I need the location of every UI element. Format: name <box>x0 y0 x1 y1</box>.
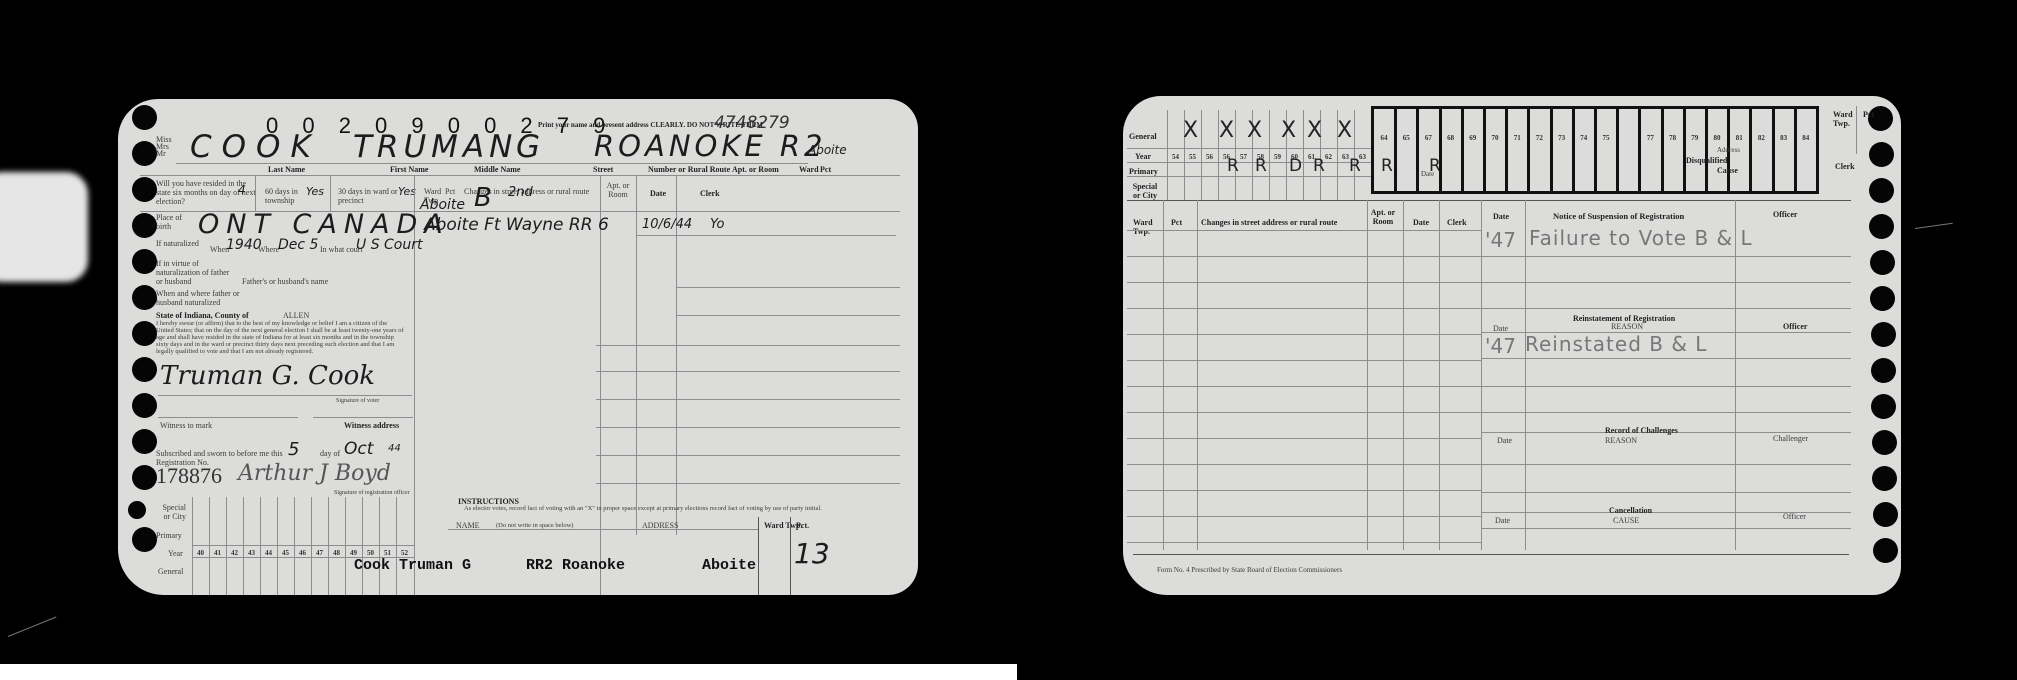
divider <box>1127 200 1851 201</box>
year-cell: 64 <box>1374 134 1394 142</box>
punch-hole <box>132 393 157 418</box>
divider <box>1197 200 1198 550</box>
witness-address-label: Witness address <box>344 421 399 430</box>
year-cell: 71 <box>1507 134 1527 142</box>
row-line <box>1481 358 1851 359</box>
divider <box>192 497 193 595</box>
typed-ward: Aboite <box>702 557 756 574</box>
row-line <box>1127 334 1481 335</box>
year-cell: 70 <box>1485 134 1505 142</box>
change-number-value: 2nd <box>508 185 533 200</box>
row-line <box>1127 386 1481 387</box>
primary-row-label: Primary <box>1129 167 1158 176</box>
reinstatement-date-label: Date <box>1493 324 1508 333</box>
naturalized-label: If naturalized <box>156 239 206 248</box>
grid-column <box>1794 109 1797 191</box>
divider <box>330 175 331 211</box>
row-line <box>1127 412 1481 413</box>
divider <box>1403 200 1404 550</box>
instructions-text: As elector votes, record fact of voting … <box>464 505 854 512</box>
year-cell: 50 <box>362 549 379 557</box>
divider <box>345 497 346 595</box>
row-line <box>1481 282 1851 283</box>
year-cell: 72 <box>1529 134 1549 142</box>
year-cell: 45 <box>277 549 294 557</box>
change-pct-value: B <box>474 183 492 213</box>
grid-column <box>1705 109 1708 191</box>
row-line <box>1127 360 1481 361</box>
grid-column <box>1505 109 1508 191</box>
suspension-reason-value: Failure to Vote B & L <box>1529 226 1753 250</box>
divider <box>790 517 791 595</box>
middle-name-label: Middle Name <box>474 165 520 174</box>
salutation-mr: Mr <box>156 149 166 158</box>
address-grid-label: Address <box>1717 146 1740 155</box>
date-label: Date <box>650 189 666 198</box>
date-grid-label: Date <box>1421 170 1434 179</box>
challenges-date-label: Date <box>1497 436 1512 445</box>
punch-hole <box>1872 430 1897 455</box>
typed-name: Cook Truman G <box>354 557 471 574</box>
divider <box>1127 162 1371 163</box>
year-cell: 59 <box>1269 153 1286 161</box>
primary-vote-mark: R <box>1313 156 1325 176</box>
divider <box>596 483 900 484</box>
year-cell: 51 <box>379 549 396 557</box>
punch-hole <box>128 501 146 519</box>
row-line <box>1481 256 1851 257</box>
registration-card-back: General Year Primary Special or City 545… <box>1123 96 1901 595</box>
naturalized-court-value: U S Court <box>356 237 423 253</box>
punch-hole <box>132 105 157 130</box>
registration-card-front: 0 0 2 0 9 0 0 2 7 9 Print your name and … <box>118 99 918 595</box>
punch-hole <box>132 429 157 454</box>
divider <box>255 175 256 211</box>
punch-hole <box>1869 142 1894 167</box>
punch-hole <box>132 527 157 552</box>
divider <box>596 455 900 456</box>
changes-clerk-label: Clerk <box>1447 218 1467 227</box>
pct-label-2: Pct <box>445 187 455 196</box>
officer-signature: Arthur J Boyd <box>238 461 391 486</box>
year-cell: 47 <box>311 549 328 557</box>
first-name-label: First Name <box>390 165 428 174</box>
registration-number: 178876 <box>156 465 222 487</box>
year-cell: 44 <box>260 549 277 557</box>
last-name-value: COOK <box>190 129 321 165</box>
year-label: Year <box>168 549 183 558</box>
row-line <box>1481 492 1851 493</box>
divider <box>596 345 900 346</box>
reinstatement-date-value: '47 <box>1485 334 1516 358</box>
punch-hole <box>132 285 157 310</box>
grid-column <box>1572 109 1575 191</box>
year-cell: 65 <box>1396 134 1416 142</box>
year-cell: 42 <box>226 549 243 557</box>
general-vote-mark: X <box>1337 118 1352 143</box>
apt-room-label: Apt. or Room <box>732 165 779 174</box>
oath-text: I hereby swear (or affirm) that to the b… <box>156 320 406 355</box>
row-line <box>1127 464 1481 465</box>
middle-name-value: G <box>516 129 550 165</box>
divider <box>140 175 900 176</box>
row-line <box>1127 542 1481 543</box>
year-cell: 77 <box>1640 134 1660 142</box>
sixty-days-value: Yes <box>306 185 324 198</box>
state-county-label: State of Indiana, County of <box>156 311 249 320</box>
changes-apt-label: Apt. or Room <box>1369 208 1397 226</box>
resided-value: 4 <box>238 183 246 197</box>
challenger-label: Challenger <box>1773 434 1808 443</box>
grid-column <box>1616 109 1619 191</box>
divider <box>600 175 601 595</box>
grid-column <box>1683 109 1686 191</box>
pct-label: Pct <box>820 165 831 174</box>
special-row-label: Special or City <box>1131 182 1159 200</box>
signature-voter-label: Signature of voter <box>336 397 379 406</box>
apt-small-label: Apt. or Room <box>606 181 630 199</box>
reinstatement-reason-value: Reinstated B & L <box>1525 332 1707 356</box>
grid-column <box>1661 109 1664 191</box>
year-cell: 56 <box>1201 153 1218 161</box>
divider <box>226 497 227 595</box>
divider <box>1133 554 1849 555</box>
divider <box>158 417 298 418</box>
divider <box>379 497 380 595</box>
change-address-value: Aboite Ft Wayne RR 6 <box>424 215 609 235</box>
suspension-officer-label: Officer <box>1773 210 1797 219</box>
ward-twp-label: Ward Twp. <box>1833 110 1857 128</box>
thirty-days-label: 30 days in ward or precinct <box>338 187 398 205</box>
row-line <box>1481 528 1851 529</box>
subscribed-label: Subscribed and sworn to before me this <box>156 449 283 458</box>
father-husband-name-label: Father's or husband's name <box>242 277 328 286</box>
punch-hole <box>1870 250 1895 275</box>
cancellation-title: Cancellation <box>1609 506 1652 515</box>
suspension-title: Notice of Suspension of Registration <box>1553 212 1684 221</box>
grid-column <box>1772 109 1775 191</box>
row-line <box>1127 490 1481 491</box>
grid-column <box>1749 109 1752 191</box>
general-vote-mark: X <box>1219 118 1234 143</box>
punch-hole <box>1871 394 1896 419</box>
divider <box>1735 200 1736 550</box>
birth-value: ONT CANADA <box>198 209 450 240</box>
year-cell: 54 <box>1167 153 1184 161</box>
when-where-label: When and where father or husband natural… <box>156 289 266 307</box>
divider <box>362 497 363 595</box>
divider <box>1481 200 1482 550</box>
grid-column <box>1638 109 1641 191</box>
punch-hole <box>132 141 157 166</box>
sworn-month-value: Oct <box>344 439 373 459</box>
first-name-value: TRUMAN <box>353 129 517 165</box>
cause-label: Cause <box>1717 166 1738 175</box>
year-cell: 81 <box>1729 134 1749 142</box>
cancellation-date-label: Date <box>1495 516 1510 525</box>
punch-hole <box>1872 466 1897 491</box>
divider <box>1127 148 1371 149</box>
challenges-title: Record of Challenges <box>1605 426 1678 435</box>
year-cell: 73 <box>1552 134 1572 142</box>
divider <box>636 175 637 535</box>
divider <box>176 163 808 164</box>
year-cell: 74 <box>1574 134 1594 142</box>
divider <box>636 235 896 236</box>
year-cell: 40 <box>192 549 209 557</box>
film-edge-strip <box>0 664 1017 680</box>
suspension-date-label: Date <box>1493 212 1509 221</box>
day-of-label: day of <box>320 449 340 458</box>
year-cell: 78 <box>1663 134 1683 142</box>
divider <box>260 497 261 595</box>
changes-date-label: Date <box>1413 218 1429 227</box>
divider <box>294 497 295 595</box>
divider <box>1163 200 1164 550</box>
sworn-year-value: 44 <box>388 443 401 454</box>
cancellation-officer-label: Officer <box>1783 512 1806 521</box>
divider <box>1127 176 1371 177</box>
punch-hole <box>1869 214 1894 239</box>
naturalized-where-value: Dec 5 <box>278 237 318 253</box>
form-footer: Form No. 4 Prescribed by State Board of … <box>1157 566 1342 575</box>
punch-hole <box>1871 358 1896 383</box>
grid-column <box>1439 109 1442 191</box>
ward-top-value: Aboite <box>808 143 847 157</box>
divider <box>158 395 412 396</box>
year-cell: 67 <box>1418 134 1438 142</box>
punch-hole <box>132 465 157 490</box>
grid-column <box>1394 109 1397 191</box>
row-line <box>1127 230 1481 231</box>
divider <box>328 497 329 595</box>
year-cell: 75 <box>1596 134 1616 142</box>
pct-mark: 13 <box>794 537 830 570</box>
row-line <box>1481 308 1851 309</box>
grid-column <box>1483 109 1486 191</box>
witness-mark-label: Witness to mark <box>160 421 212 430</box>
adjacent-card-edge <box>0 172 88 282</box>
changes-address-label: Changes in street address or rural route <box>1201 218 1337 227</box>
year-cell: 82 <box>1751 134 1771 142</box>
suspension-date-value: '47 <box>1485 228 1516 252</box>
change-date-value: 10/6/44 <box>642 217 692 232</box>
punch-hole <box>1873 538 1898 563</box>
divider <box>1367 200 1368 550</box>
year-cell: 46 <box>294 549 311 557</box>
year-cell: 69 <box>1463 134 1483 142</box>
general-label: General <box>158 567 183 576</box>
divider <box>676 315 900 316</box>
row-line <box>1127 438 1481 439</box>
year-row-label: Year <box>1135 152 1151 161</box>
divider <box>676 287 900 288</box>
year-cell: 55 <box>1184 153 1201 161</box>
birth-label: Place of birth <box>156 213 192 231</box>
divider <box>1525 200 1526 550</box>
challenges-reason-label: REASON <box>1605 436 1637 445</box>
grid-column <box>1594 109 1597 191</box>
voting-grid <box>1371 106 1819 194</box>
primary-vote-mark: D <box>1289 156 1302 176</box>
punch-hole <box>132 213 157 238</box>
cancellation-cause-label: CAUSE <box>1613 516 1639 525</box>
reinstatement-reason-label: REASON <box>1611 322 1643 331</box>
primary-vote-mark: R <box>1255 156 1267 176</box>
punch-hole <box>1869 178 1894 203</box>
year-cell: 43 <box>243 549 260 557</box>
year-cell: 68 <box>1441 134 1461 142</box>
grid-column <box>1527 109 1530 191</box>
changes-pct-label: Pct <box>1171 218 1182 227</box>
divider <box>277 497 278 595</box>
county-value: ALLEN <box>283 311 309 320</box>
naturalized-when-value: 1940 <box>226 237 262 253</box>
divider <box>596 427 900 428</box>
row-line <box>1127 308 1481 309</box>
general-row-label: General <box>1129 132 1157 141</box>
divider <box>758 517 759 595</box>
punch-hole <box>1870 286 1895 311</box>
voter-signature: Truman G. Cook <box>160 361 375 391</box>
street-label: Street <box>593 165 613 174</box>
punch-hole <box>132 357 157 382</box>
year-cell: 84 <box>1796 134 1816 142</box>
year-cell: 80 <box>1707 134 1727 142</box>
row-line <box>1481 412 1851 413</box>
row-line <box>1127 516 1481 517</box>
pct-column-label: Pct. <box>796 521 809 530</box>
year-cell: 48 <box>328 549 345 557</box>
year-cell: 49 <box>345 549 362 557</box>
where-label: Where <box>258 245 279 254</box>
street-value: ROANOKE R2 <box>594 129 827 163</box>
year-cell: 83 <box>1774 134 1794 142</box>
divider <box>313 417 413 418</box>
year-cell: 41 <box>209 549 226 557</box>
typed-address: RR2 Roanoke <box>526 557 625 574</box>
row-line <box>1481 386 1851 387</box>
punch-hole <box>132 249 157 274</box>
change-clerk-value: Yo <box>710 217 724 232</box>
general-vote-mark: X <box>1247 118 1262 143</box>
reinstatement-officer-label: Officer <box>1783 322 1807 331</box>
general-vote-mark: X <box>1307 118 1322 143</box>
punch-hole <box>132 177 157 202</box>
primary-vote-mark: R <box>1349 156 1361 176</box>
father-husband-label: If in virtue of naturalization of father… <box>156 259 232 286</box>
year-cell: 52 <box>396 549 413 557</box>
ward-label: Ward <box>799 165 819 174</box>
punch-hole <box>1873 502 1898 527</box>
divider <box>396 497 397 595</box>
general-vote-mark: X <box>1281 118 1296 143</box>
grid-column <box>1461 109 1464 191</box>
divider <box>596 399 900 400</box>
divider <box>311 497 312 595</box>
row-line <box>1127 282 1481 283</box>
primary-label: Primary <box>156 531 182 540</box>
grid-column <box>1416 109 1419 191</box>
year-cell: 79 <box>1685 134 1705 142</box>
general-vote-mark: X <box>1183 118 1198 143</box>
last-name-label: Last Name <box>268 165 305 174</box>
punch-hole <box>1871 322 1896 347</box>
grid-column <box>1550 109 1553 191</box>
divider <box>1856 106 1857 154</box>
divider <box>448 529 758 530</box>
special-city-label: Special or City <box>156 503 186 521</box>
pct-label: Pct <box>1863 110 1874 119</box>
disqualified-label: Disqualified <box>1686 156 1727 165</box>
row-line <box>1127 256 1481 257</box>
sworn-day-value: 5 <box>288 439 299 460</box>
changes-ward-label: Ward Twp. <box>1133 218 1157 236</box>
primary-vote-mark: R <box>1227 156 1239 176</box>
clerk-label: Clerk <box>700 189 720 198</box>
number-route-label: Number or Rural Route <box>648 165 730 174</box>
punch-hole <box>132 321 157 346</box>
divider <box>1439 200 1440 550</box>
clerk-label: Clerk <box>1835 162 1855 171</box>
divider <box>243 497 244 595</box>
film-scratch <box>1915 223 1953 229</box>
divider <box>209 497 210 595</box>
row-line <box>1481 464 1851 465</box>
divider <box>596 371 900 372</box>
film-scratch <box>8 617 57 637</box>
